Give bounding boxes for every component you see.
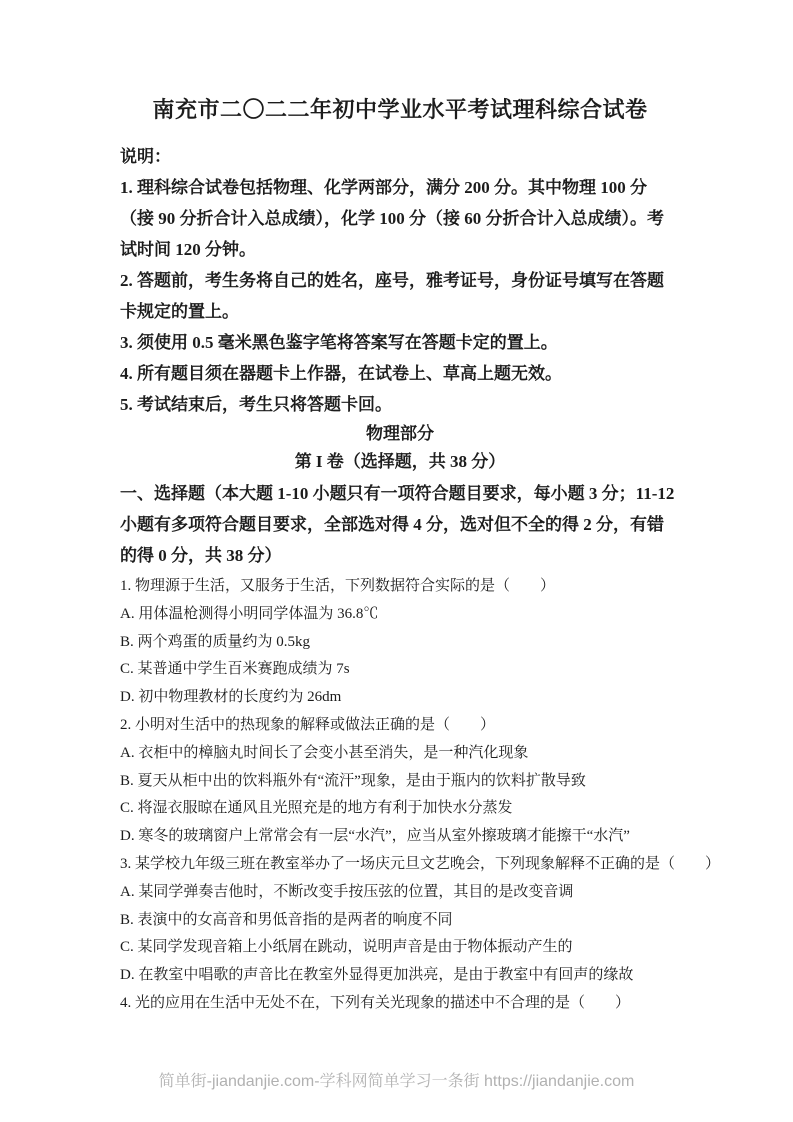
- question-option: D. 在教室中唱歌的声音比在教室外显得更加洪亮，是由于教室中有回声的缘故: [120, 962, 680, 990]
- note-item: 3. 须使用 0.5 毫米黑色鉴字笔将答案写在答题卡定的置上。: [120, 327, 680, 358]
- question-option: A. 衣柜中的樟脑丸时间长了会变小甚至消失，是一种汽化现象: [120, 740, 680, 768]
- note-item: 5. 考试结束后，考生只将答题卡回。: [120, 389, 680, 420]
- question-block: 1. 物理源于生活，又服务于生活，下列数据符合实际的是（ ） A. 用体温枪测得…: [120, 573, 680, 712]
- question-stem: 1. 物理源于生活，又服务于生活，下列数据符合实际的是（ ）: [120, 573, 680, 601]
- question-block: 4. 光的应用在生活中无处不在，下列有关光现象的描述中不合理的是（ ）: [120, 990, 680, 1018]
- exam-paper-page: 南充市二〇二二年初中学业水平考试理科综合试卷 说明： 1. 理科综合试卷包括物理…: [0, 0, 793, 1122]
- footer-watermark: 简单街-jiandanjie.com-学科网简单学习一条街 https://ji…: [0, 1068, 793, 1091]
- question-stem: 2. 小明对生活中的热现象的解释或做法正确的是（ ）: [120, 712, 680, 740]
- part-heading: 物理部分: [120, 420, 680, 448]
- question-option: A. 用体温枪测得小明同学体温为 36.8℃: [120, 601, 680, 629]
- question-block: 3. 某学校九年级三班在教室举办了一场庆元旦文艺晚会，下列现象解释不正确的是（ …: [120, 851, 680, 990]
- question-option: D. 寒冬的玻璃窗户上常常会有一层“水汽”，应当从室外擦玻璃才能擦干“水汽”: [120, 823, 680, 851]
- question-block: 2. 小明对生活中的热现象的解释或做法正确的是（ ） A. 衣柜中的樟脑丸时间长…: [120, 712, 680, 851]
- question-option: C. 将湿衣服晾在通风且光照充是的地方有利于加快水分蒸发: [120, 795, 680, 823]
- note-item: 2. 答题前，考生务将自己的姓名，座号，雅考证号，身份证号填写在答题卡规定的置上…: [120, 265, 680, 327]
- question-stem: 3. 某学校九年级三班在教室举办了一场庆元旦文艺晚会，下列现象解释不正确的是（ …: [120, 851, 680, 879]
- volume-heading: 第 I 卷（选择题，共 38 分）: [120, 448, 680, 476]
- question-option: B. 夏天从柜中出的饮料瓶外有“流汗”现象，是由于瓶内的饮料扩散导致: [120, 768, 680, 796]
- question-option: B. 表演中的女高音和男低音指的是两者的响度不同: [120, 907, 680, 935]
- section-intro: 一、选择题（本大题 1-10 小题只有一项符合题目要求，每小题 3 分；11-1…: [120, 478, 680, 571]
- question-option: B. 两个鸡蛋的质量约为 0.5kg: [120, 629, 680, 657]
- exam-title: 南充市二〇二二年初中学业水平考试理科综合试卷: [120, 95, 680, 125]
- note-item: 1. 理科综合试卷包括物理、化学两部分，满分 200 分。其中物理 100 分（…: [120, 172, 680, 265]
- question-option: A. 某同学弹奏吉他时，不断改变手按压弦的位置，其目的是改变音调: [120, 879, 680, 907]
- exam-notes: 说明： 1. 理科综合试卷包括物理、化学两部分，满分 200 分。其中物理 10…: [120, 141, 680, 420]
- note-item: 4. 所有题目须在器题卡上作器，在试卷上、草高上题无效。: [120, 358, 680, 389]
- question-option: C. 某同学发现音箱上小纸屑在跳动，说明声音是由于物体振动产生的: [120, 934, 680, 962]
- content-column: 南充市二〇二二年初中学业水平考试理科综合试卷 说明： 1. 理科综合试卷包括物理…: [0, 95, 793, 1018]
- question-list: 1. 物理源于生活，又服务于生活，下列数据符合实际的是（ ） A. 用体温枪测得…: [120, 573, 680, 1018]
- question-stem: 4. 光的应用在生活中无处不在，下列有关光现象的描述中不合理的是（ ）: [120, 990, 680, 1018]
- question-option: C. 某普通中学生百米赛跑成绩为 7s: [120, 656, 680, 684]
- question-option: D. 初中物理教材的长度约为 26dm: [120, 684, 680, 712]
- notes-heading: 说明：: [120, 141, 680, 172]
